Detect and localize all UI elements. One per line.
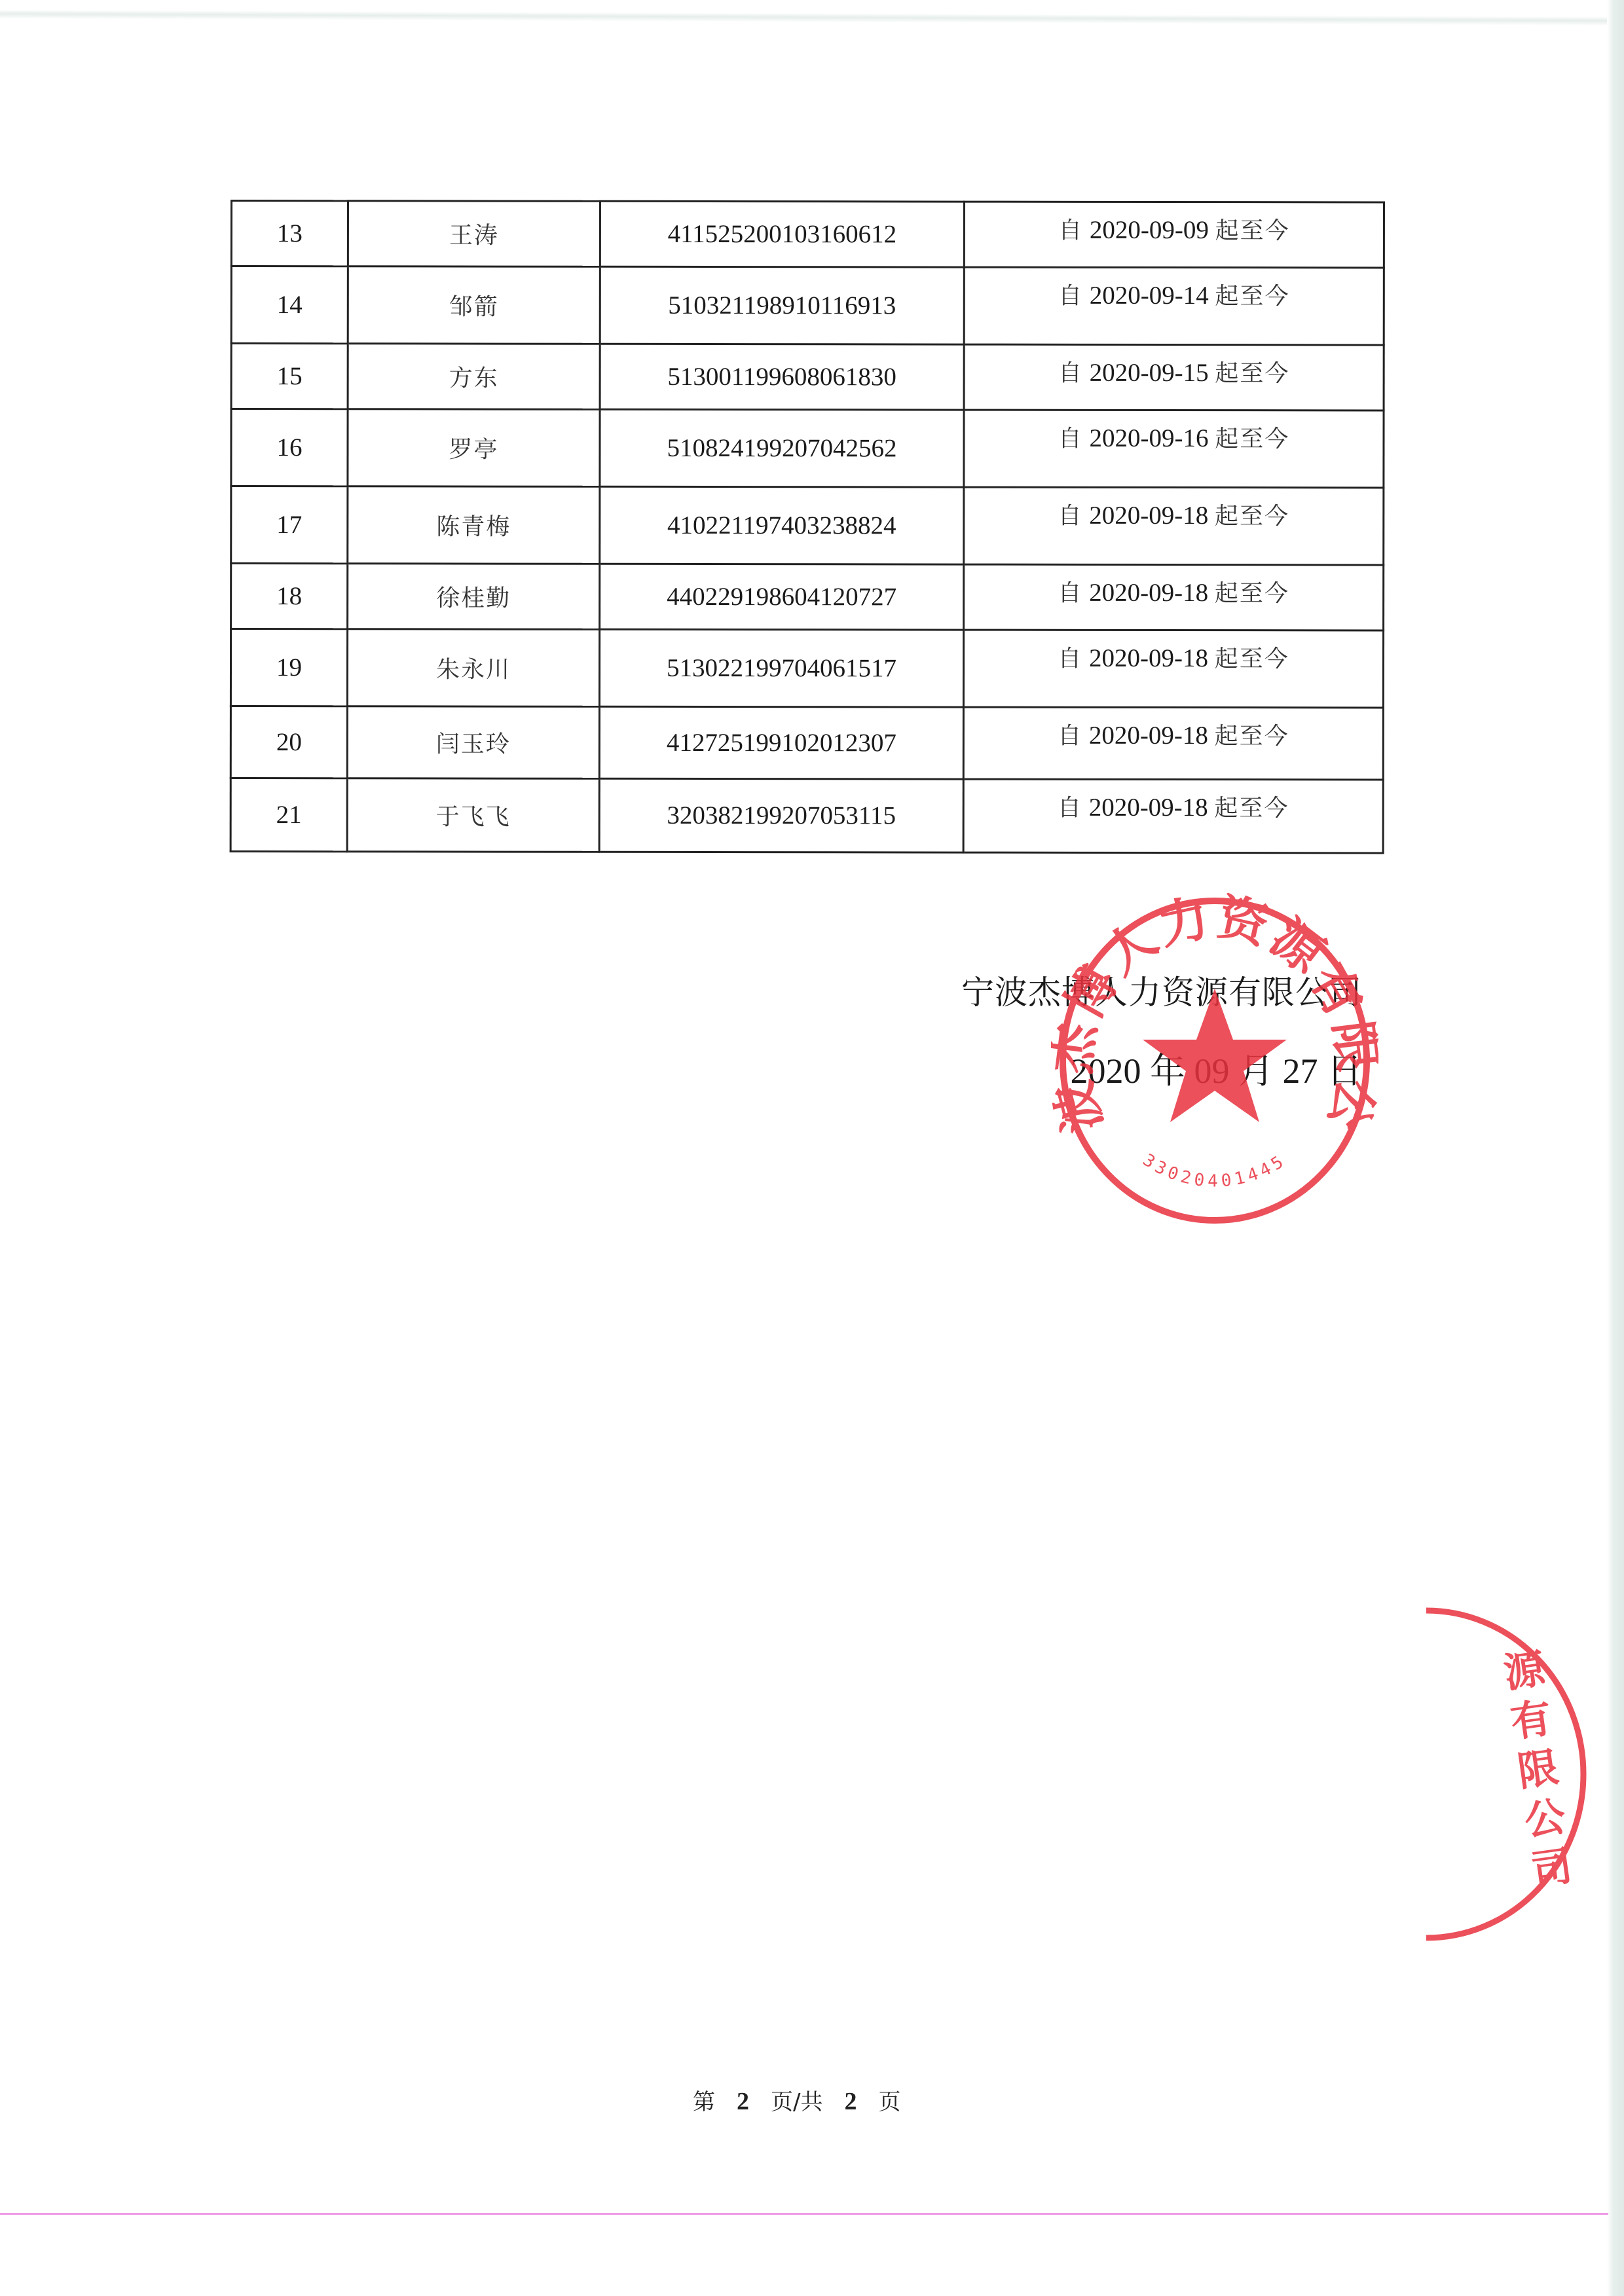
period-prefix: 自 <box>1058 360 1083 387</box>
signature-date: 2020 年 09 月 27 日 <box>851 1048 1362 1095</box>
employee-name: 闫玉玲 <box>436 731 511 757</box>
row-number: 20 <box>276 728 302 756</box>
period-date: 2020-09-18 <box>1089 793 1208 822</box>
row-number: 21 <box>276 801 302 829</box>
id-number: 410221197403238824 <box>667 511 896 539</box>
total-pages: 2 <box>844 2088 857 2115</box>
table-row: 16罗亭510824199207042562自 2020-09-16 起至今 <box>231 409 1384 488</box>
table-row: 18徐桂勤440229198604120727自 2020-09-18 起至今 <box>231 564 1384 630</box>
period-suffix: 起至今 <box>1215 723 1289 750</box>
period-date: 2020-09-18 <box>1089 721 1208 750</box>
id-number: 513001199608061830 <box>667 363 896 391</box>
period-date: 2020-09-15 <box>1090 359 1209 387</box>
partial-seal-text: 源有限公司 <box>1494 1647 1576 1899</box>
table-row: 21于飞飞320382199207053115自 2020-09-18 起至今 <box>231 778 1383 853</box>
staff-table-container: 13王涛411525200103160612自 2020-09-09 起至今14… <box>230 200 1383 854</box>
employment-period: 自 2020-09-15 起至今 <box>964 344 1384 410</box>
id-number: 411525200103160612 <box>668 220 897 248</box>
period-prefix: 自 <box>1058 426 1083 452</box>
id-number: 440229198604120727 <box>667 583 896 611</box>
period-prefix: 自 <box>1058 646 1082 672</box>
company-name: 宁波杰博人力资源有限公司 <box>851 969 1362 1016</box>
row-number: 13 <box>277 219 303 247</box>
id-number: 513022199704061517 <box>667 654 896 682</box>
period-prefix: 自 <box>1058 283 1083 310</box>
page-footer: 第 2 页/共 2 页 <box>693 2084 900 2116</box>
period-date: 2020-09-09 <box>1090 216 1209 244</box>
period-suffix: 起至今 <box>1214 795 1289 822</box>
employee-name: 罗亭 <box>449 436 498 463</box>
period-date: 2020-09-14 <box>1090 282 1209 310</box>
table-row: 14邹箭510321198910116913自 2020-09-14 起至今 <box>231 266 1384 345</box>
employment-period: 自 2020-09-18 起至今 <box>963 779 1383 853</box>
employment-period: 自 2020-09-18 起至今 <box>964 487 1384 565</box>
employee-name: 陈青梅 <box>436 513 511 540</box>
row-number: 16 <box>276 433 302 462</box>
period-suffix: 起至今 <box>1215 426 1289 452</box>
employment-period: 自 2020-09-14 起至今 <box>964 267 1384 345</box>
employee-name: 方东 <box>449 365 499 392</box>
table-row: 20闫玉玲412725199102012307自 2020-09-18 起至今 <box>231 706 1383 780</box>
page-middle: 页/共 <box>771 2089 822 2115</box>
period-prefix: 自 <box>1058 580 1082 607</box>
period-date: 2020-09-18 <box>1089 644 1208 672</box>
staff-table-body: 13王涛411525200103160612自 2020-09-09 起至今14… <box>231 201 1384 853</box>
row-number: 15 <box>277 362 303 390</box>
id-number: 510321198910116913 <box>668 291 896 319</box>
row-number: 19 <box>276 653 302 682</box>
page-prefix: 第 <box>693 2089 715 2115</box>
id-number: 412725199102012307 <box>667 729 896 757</box>
scan-top-edge <box>0 10 1617 26</box>
staff-table: 13王涛411525200103160612自 2020-09-09 起至今14… <box>230 200 1385 854</box>
seal-code: 33020401445 <box>1139 1150 1291 1191</box>
period-date: 2020-09-18 <box>1089 579 1208 607</box>
period-suffix: 起至今 <box>1215 580 1289 607</box>
row-number: 14 <box>277 291 303 319</box>
row-number: 18 <box>276 582 302 610</box>
period-date: 2020-09-18 <box>1089 501 1208 530</box>
page-suffix: 页 <box>878 2089 900 2115</box>
employee-name: 徐桂勤 <box>436 585 511 611</box>
id-number: 320382199207053115 <box>667 801 896 829</box>
employment-period: 自 2020-09-18 起至今 <box>963 630 1383 708</box>
scan-right-edge <box>1607 0 1624 2296</box>
period-prefix: 自 <box>1058 503 1083 530</box>
scan-bottom-line <box>0 2213 1608 2215</box>
table-row: 15方东513001199608061830自 2020-09-15 起至今 <box>231 344 1384 410</box>
period-suffix: 起至今 <box>1215 283 1290 310</box>
svg-text:33020401445: 33020401445 <box>1139 1150 1291 1191</box>
current-page: 2 <box>737 2088 749 2115</box>
employment-period: 自 2020-09-18 起至今 <box>964 564 1384 630</box>
employment-period: 自 2020-09-09 起至今 <box>964 202 1384 268</box>
period-suffix: 起至今 <box>1215 217 1290 244</box>
employment-period: 自 2020-09-16 起至今 <box>964 410 1384 488</box>
table-row: 17陈青梅410221197403238824自 2020-09-18 起至今 <box>231 486 1384 565</box>
table-row: 19朱永川513022199704061517自 2020-09-18 起至今 <box>231 629 1383 708</box>
employee-name: 王涛 <box>449 222 499 249</box>
partial-seal: 源有限公司 <box>1420 1597 1590 1951</box>
employee-name: 于飞飞 <box>436 803 511 830</box>
signature-block: 宁波杰博人力资源有限公司 2020 年 09 月 27 日 <box>851 969 1362 1095</box>
table-row: 13王涛411525200103160612自 2020-09-09 起至今 <box>231 201 1384 268</box>
period-prefix: 自 <box>1058 723 1082 750</box>
period-suffix: 起至今 <box>1215 646 1289 672</box>
period-prefix: 自 <box>1058 217 1083 244</box>
employment-period: 自 2020-09-18 起至今 <box>963 707 1383 780</box>
period-date: 2020-09-16 <box>1089 424 1208 452</box>
id-number: 510824199207042562 <box>667 434 896 462</box>
row-number: 17 <box>276 511 302 539</box>
period-suffix: 起至今 <box>1215 360 1289 387</box>
period-prefix: 自 <box>1058 795 1082 822</box>
period-suffix: 起至今 <box>1215 503 1289 530</box>
employee-name: 朱永川 <box>436 656 511 683</box>
employee-name: 邹箭 <box>449 293 499 320</box>
